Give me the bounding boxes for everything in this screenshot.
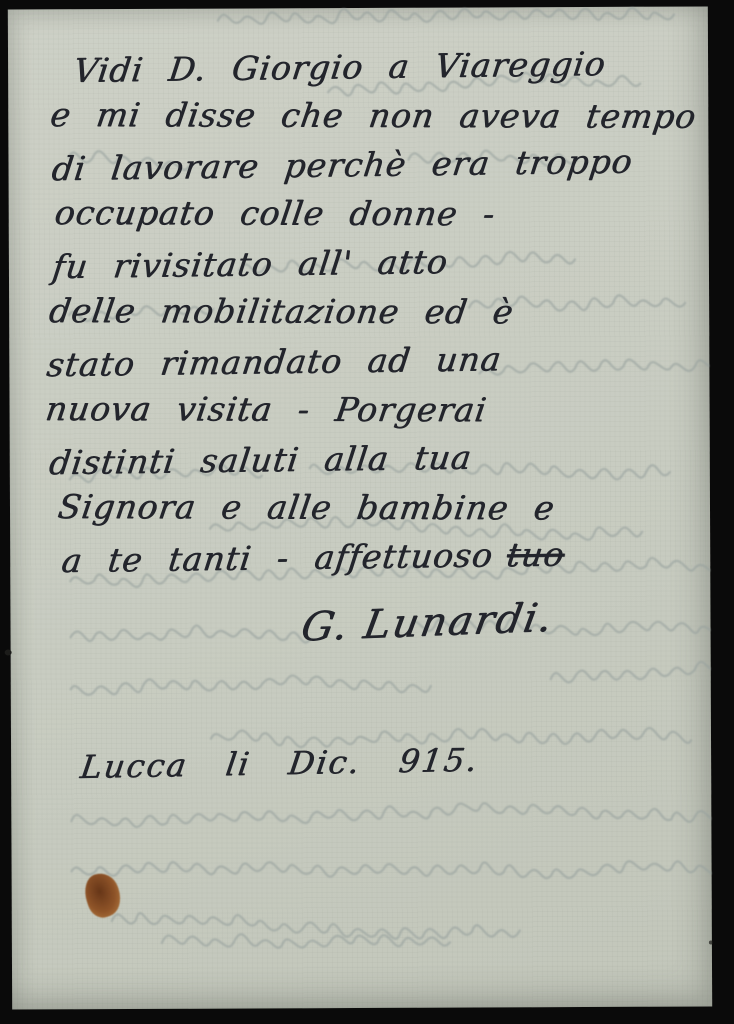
letter-line: stato rimandato ad una xyxy=(44,332,709,390)
signature: G. Lunardi. xyxy=(298,595,558,651)
ink-stain xyxy=(80,869,126,921)
dateline: Lucca li Dic. 915. xyxy=(78,741,481,786)
letter-line: di lavorare perchè era troppo xyxy=(49,136,708,194)
letter-line: Signora e alle bambine e xyxy=(55,482,709,533)
letter-line: occupato colle donne - xyxy=(52,188,708,239)
letter-body: Vidi D. Giorgio a Viareggioe mi disse ch… xyxy=(44,40,706,582)
letter-line: e mi disse che non aveva tempo xyxy=(47,90,707,141)
paper-speck xyxy=(5,650,12,656)
letter-line: a te tanti - affettuosotuo xyxy=(59,528,710,585)
letter-line: delle mobilitazione ed è xyxy=(46,286,708,337)
crossed-out-word: tuo xyxy=(505,535,567,575)
letter-line: fu rivisitato all' atto xyxy=(49,234,708,292)
letter-line: nuova visita - Porgerai xyxy=(42,384,708,435)
letter-line: distinti saluti alla tua xyxy=(46,430,709,488)
letter-line: Vidi D. Giorgio a Viareggio xyxy=(71,38,708,95)
paper-speck xyxy=(709,940,713,944)
letter-paper: Vidi D. Giorgio a Viareggioe mi disse ch… xyxy=(8,6,712,1009)
scan-frame: Vidi D. Giorgio a Viareggioe mi disse ch… xyxy=(0,0,734,1024)
